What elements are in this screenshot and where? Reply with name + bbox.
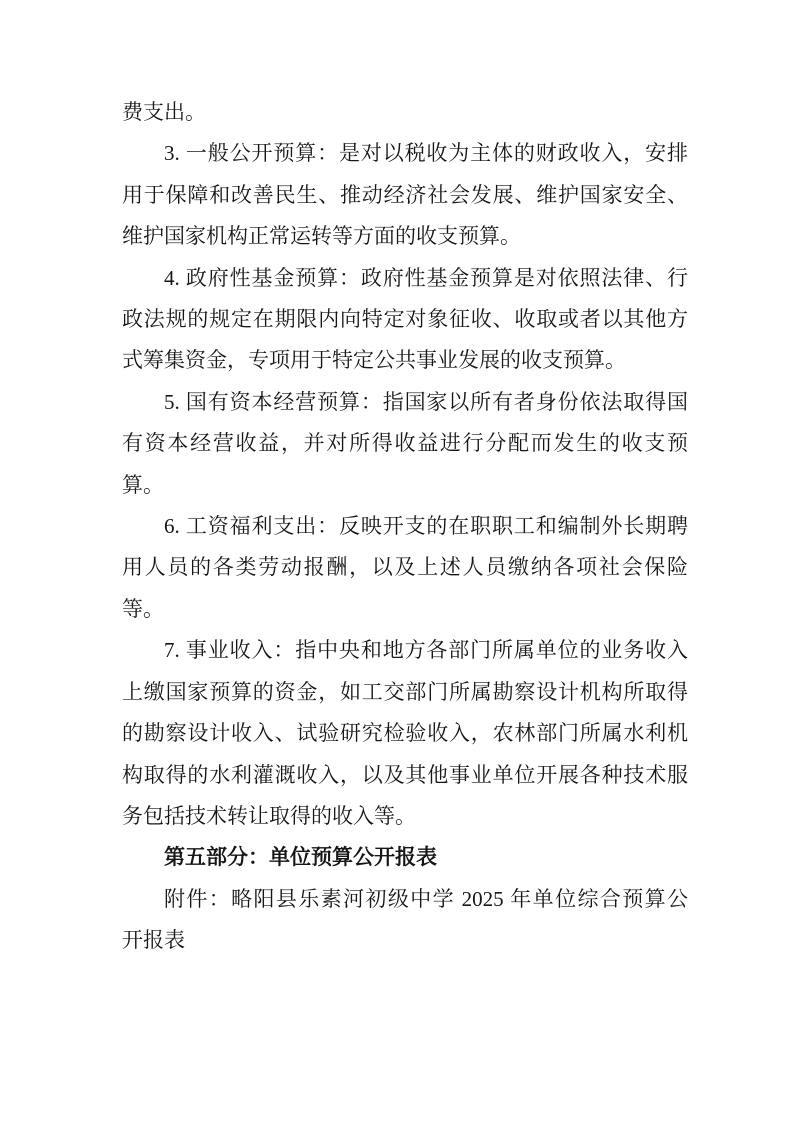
- text-line: 6. 工资福利支出：反映开支的在职职工和编制外长期聘: [122, 506, 688, 547]
- text-line: 开报表: [122, 920, 688, 961]
- text-line: 算。: [122, 465, 688, 506]
- text-line: 等。: [122, 589, 688, 630]
- text-line: 务包括技术转让取得的收入等。: [122, 796, 688, 837]
- paragraph-continuation: 费支出。: [122, 92, 688, 133]
- section-heading-text: 第五部分：单位预算公开报表: [122, 837, 688, 878]
- text-line: 维护国家机构正常运转等方面的收支预算。: [122, 216, 688, 257]
- text-line: 附件：略阳县乐素河初级中学 2025 年单位综合预算公: [122, 879, 688, 920]
- document-page: 费支出。 3. 一般公开预算：是对以税收为主体的财政收入，安排 用于保障和改善民…: [0, 0, 793, 1122]
- text-line: 政法规的规定在期限内向特定对象征收、收取或者以其他方: [122, 299, 688, 340]
- text-line: 4. 政府性基金预算：政府性基金预算是对依照法律、行: [122, 258, 688, 299]
- text-line: 构取得的水利灌溉收入，以及其他事业单位开展各种技术服: [122, 755, 688, 796]
- text-line: 5. 国有资本经营预算：指国家以所有者身份依法取得国: [122, 382, 688, 423]
- text-line: 的勘察设计收入、试验研究检验收入，农林部门所属水利机: [122, 713, 688, 754]
- text-line: 用人员的各类劳动报酬，以及上述人员缴纳各项社会保险: [122, 547, 688, 588]
- text-line: 3. 一般公开预算：是对以税收为主体的财政收入，安排: [122, 133, 688, 174]
- text-line: 有资本经营收益，并对所得收益进行分配而发生的收支预: [122, 423, 688, 464]
- paragraph-item-4: 4. 政府性基金预算：政府性基金预算是对依照法律、行 政法规的规定在期限内向特定…: [122, 258, 688, 382]
- text-line: 费支出。: [122, 92, 688, 133]
- text-line: 用于保障和改善民生、推动经济社会发展、维护国家安全、: [122, 175, 688, 216]
- paragraph-item-6: 6. 工资福利支出：反映开支的在职职工和编制外长期聘 用人员的各类劳动报酬，以及…: [122, 506, 688, 630]
- paragraph-item-3: 3. 一般公开预算：是对以税收为主体的财政收入，安排 用于保障和改善民生、推动经…: [122, 133, 688, 257]
- section-heading: 第五部分：单位预算公开报表: [122, 837, 688, 878]
- paragraph-item-7: 7. 事业收入：指中央和地方各部门所属单位的业务收入 上缴国家预算的资金，如工交…: [122, 630, 688, 837]
- text-line: 7. 事业收入：指中央和地方各部门所属单位的业务收入: [122, 630, 688, 671]
- text-line: 上缴国家预算的资金，如工交部门所属勘察设计机构所取得: [122, 672, 688, 713]
- paragraph-attachment: 附件：略阳县乐素河初级中学 2025 年单位综合预算公 开报表: [122, 879, 688, 962]
- paragraph-item-5: 5. 国有资本经营预算：指国家以所有者身份依法取得国 有资本经营收益，并对所得收…: [122, 382, 688, 506]
- text-line: 式筹集资金，专项用于特定公共事业发展的收支预算。: [122, 340, 688, 381]
- document-text-block: 费支出。 3. 一般公开预算：是对以税收为主体的财政收入，安排 用于保障和改善民…: [122, 92, 688, 962]
